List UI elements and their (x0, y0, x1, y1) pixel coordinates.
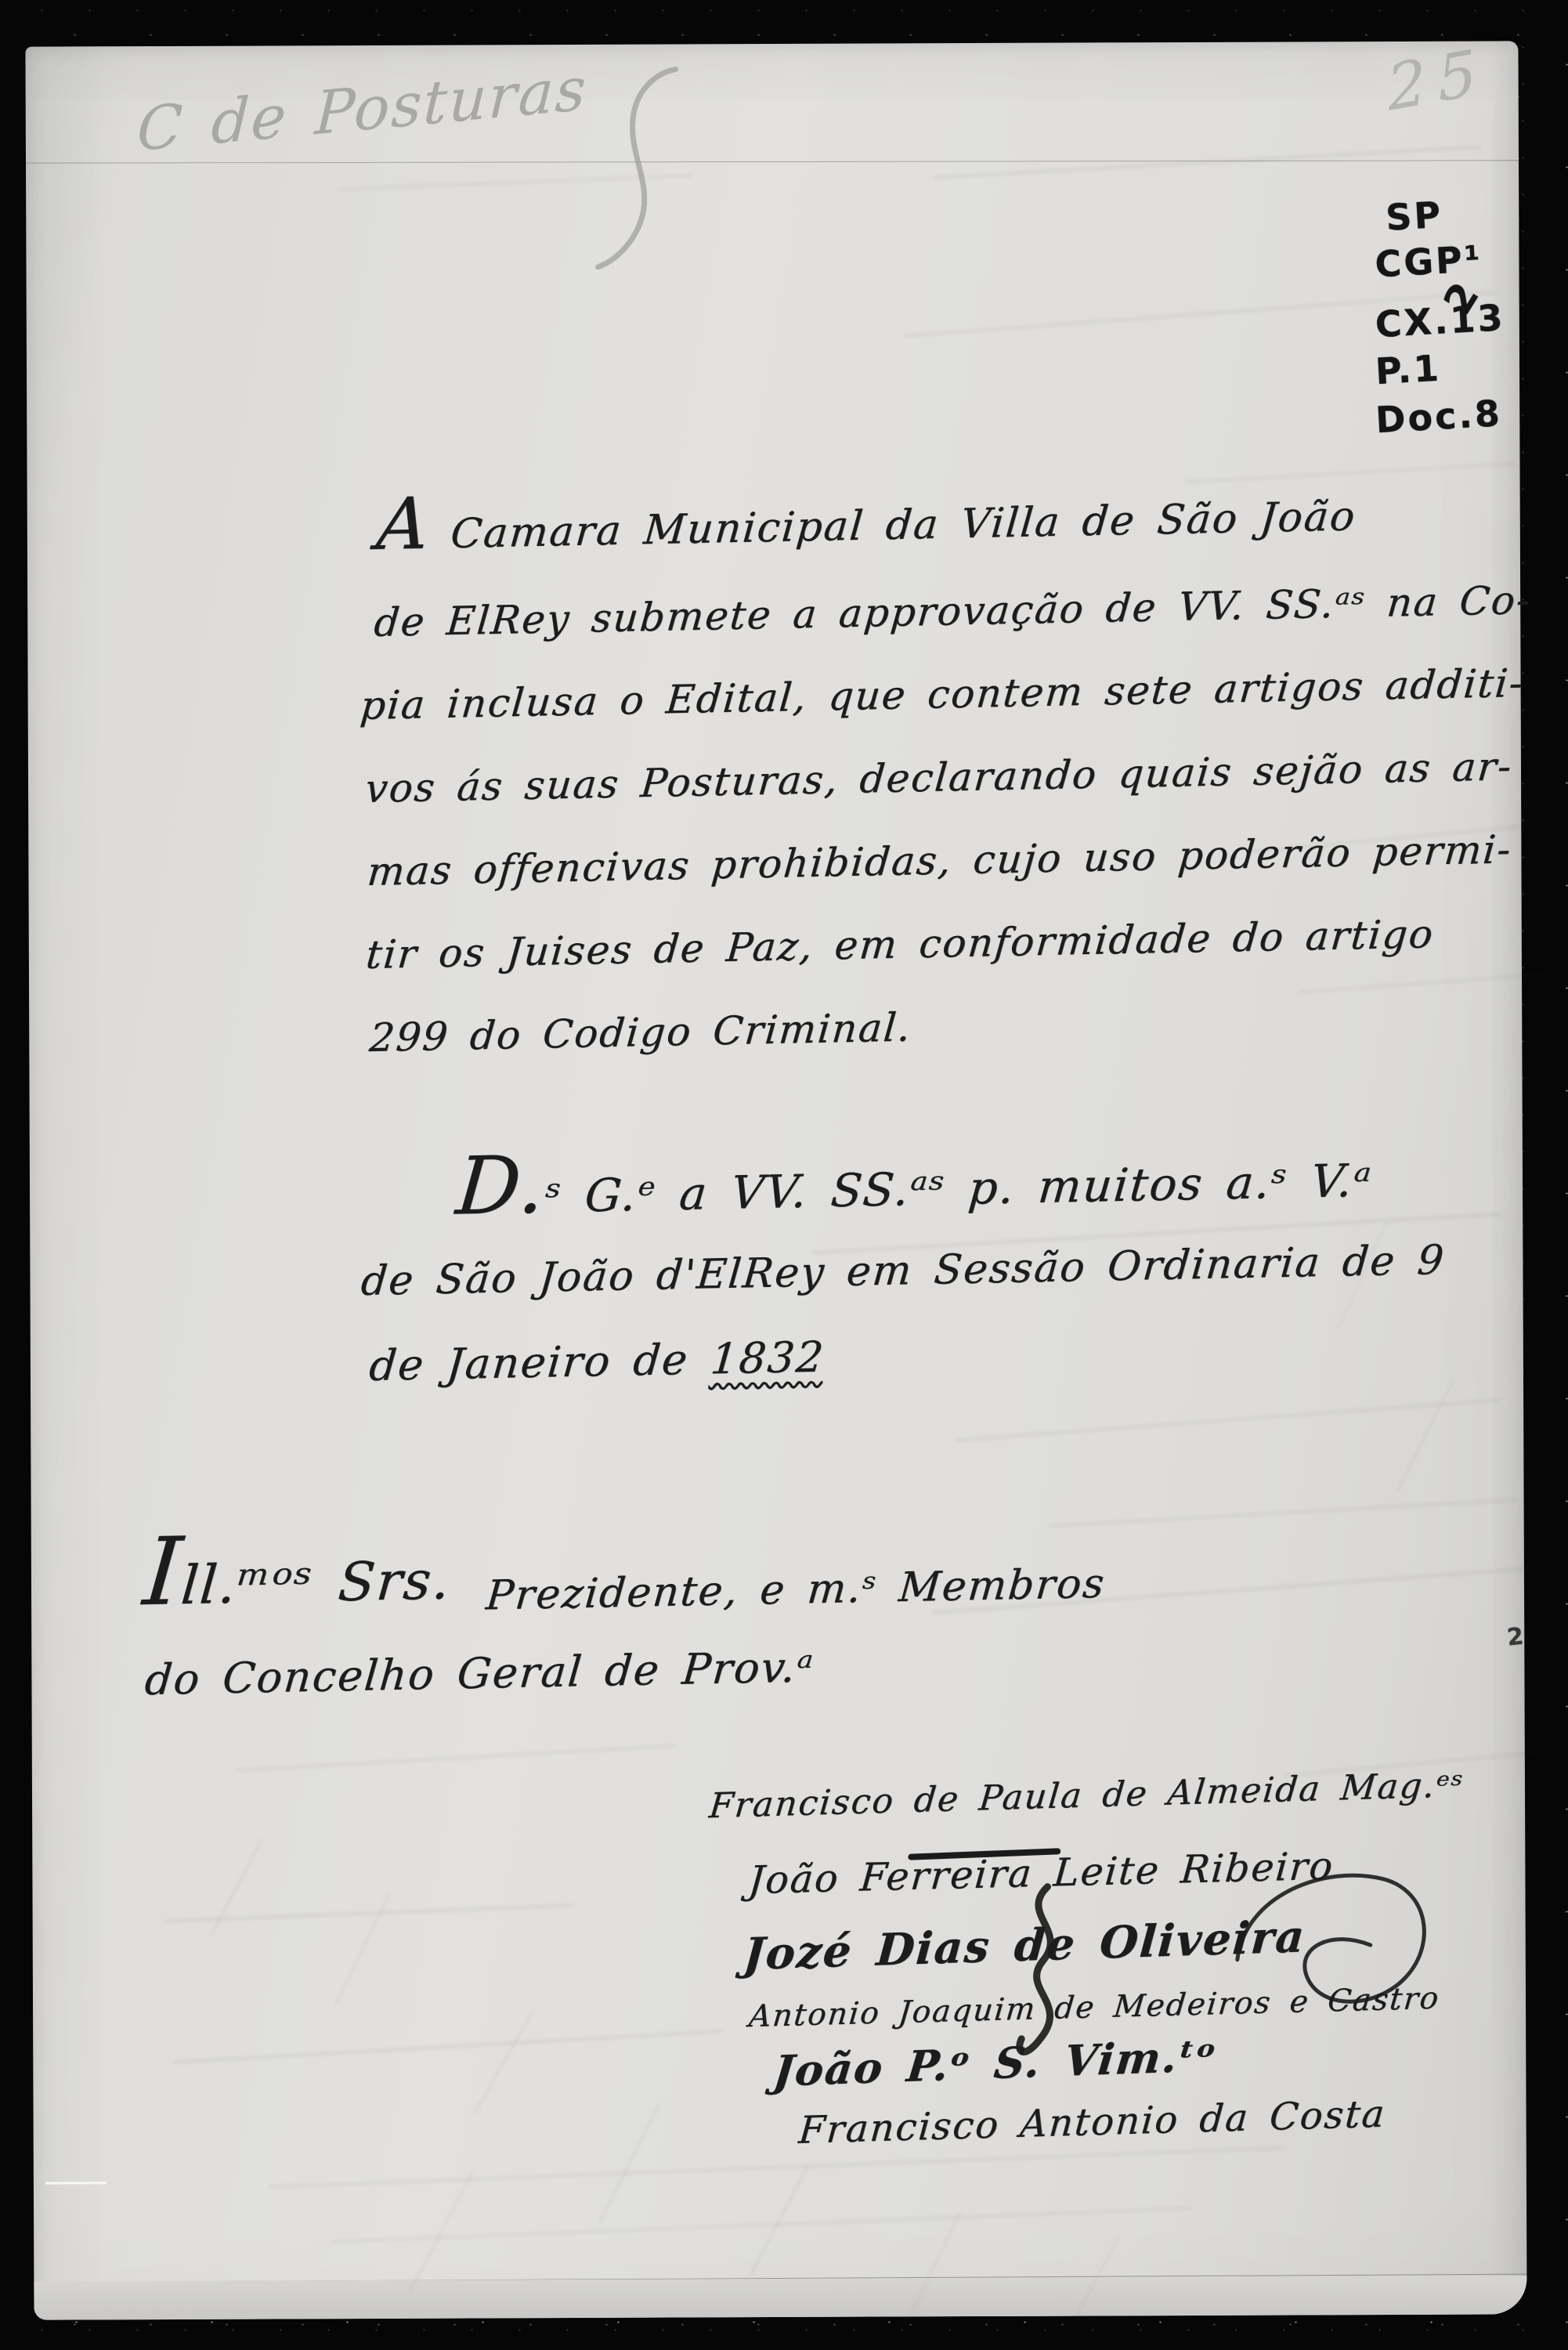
pencil-flourish (583, 64, 686, 276)
scan-background: C de Posturas 25 SP CGP¹ 2 CX.13 P.1 Doc… (0, 0, 1568, 2350)
date-prefix: de Janeiro de (367, 1335, 691, 1390)
year-underlined: 1832 (709, 1332, 827, 1384)
letter-line: mas offencivas prohibidas, cujo uso pode… (366, 826, 1514, 895)
document-page: C de Posturas 25 SP CGP¹ 2 CX.13 P.1 Doc… (25, 41, 1526, 2319)
signature-paraph-squiggle (1002, 1885, 1081, 2081)
film-scratch (45, 2182, 107, 2184)
bleedthrough-stroke (1298, 973, 1548, 994)
signature-paraph-loop (1230, 1857, 1443, 2046)
pencil-classification-note: C de Posturas (135, 53, 589, 164)
bleedthrough-stroke (599, 2103, 660, 2223)
page-number: 25 (1385, 34, 1490, 125)
letter-line: de ElRey submete a approvação de VV. SS.… (372, 577, 1533, 645)
archive-ref-cx13: CX.13 (1374, 296, 1505, 345)
signature: João P.ᵒ S. Vim.ᵗᵒ (771, 2030, 1219, 2096)
archive-ref-sp: SP (1385, 193, 1444, 239)
bleedthrough-stroke (1050, 1499, 1519, 1527)
letter-line: pia inclusa o Edital, que contem sete ar… (359, 660, 1526, 728)
bottom-edge-shade (34, 2276, 1526, 2319)
address-recipients: Prezidente, e m.ˢ Membros (484, 1560, 1107, 1620)
bleedthrough-stroke (408, 2168, 475, 2294)
archive-ref-p1: P.1 (1375, 347, 1443, 393)
bleedthrough-stroke (174, 2030, 721, 2063)
signature: Francisco Antonio da Costa (797, 2092, 1388, 2153)
bleedthrough-stroke (269, 2146, 1286, 2188)
bleedthrough-stroke (236, 1744, 674, 1771)
address-council: do Concelho Geral de Prov.ᵃ (143, 1642, 816, 1705)
top-fold-line (26, 160, 1519, 163)
closing-line: D.ˢ G.ᵉ a VV. SS.ᵃˢ p. muitos a.ˢ V.ᵃ (453, 1122, 1377, 1232)
bleedthrough-stroke (211, 1838, 263, 1936)
date-line: de Janeiro de 1832 (367, 1332, 826, 1390)
signature: Francisco de Paula de Almeida Mag.ᵉˢ (707, 1765, 1465, 1826)
closing-line: de São João d'ElRey em Sessão Ordinaria … (359, 1237, 1447, 1305)
margin-mark: 2 (1505, 1622, 1527, 1651)
letter-line: A Camara Municipal da Villa de São João (374, 465, 1360, 566)
bleedthrough-stroke (334, 1893, 390, 2006)
letter-line: 299 do Codigo Criminal. (367, 1004, 913, 1061)
archive-ref-doc8: Doc.8 (1375, 392, 1503, 441)
address-recipients-title: Ill.ᵐᵒˢ Srs. (139, 1513, 457, 1627)
bleedthrough-stroke (934, 146, 1482, 179)
bleedthrough-stroke (474, 2011, 533, 2113)
bleedthrough-stroke (331, 2207, 1192, 2243)
letter-line: vos ás suas Posturas, declarando quais s… (363, 743, 1514, 812)
bleedthrough-stroke (955, 1399, 1501, 1442)
letter-line: tir os Juises de Paz, em conformidade do… (364, 911, 1436, 978)
bleedthrough-stroke (1396, 1379, 1454, 1492)
archive-ref-cgp: CGP¹ (1374, 237, 1483, 286)
